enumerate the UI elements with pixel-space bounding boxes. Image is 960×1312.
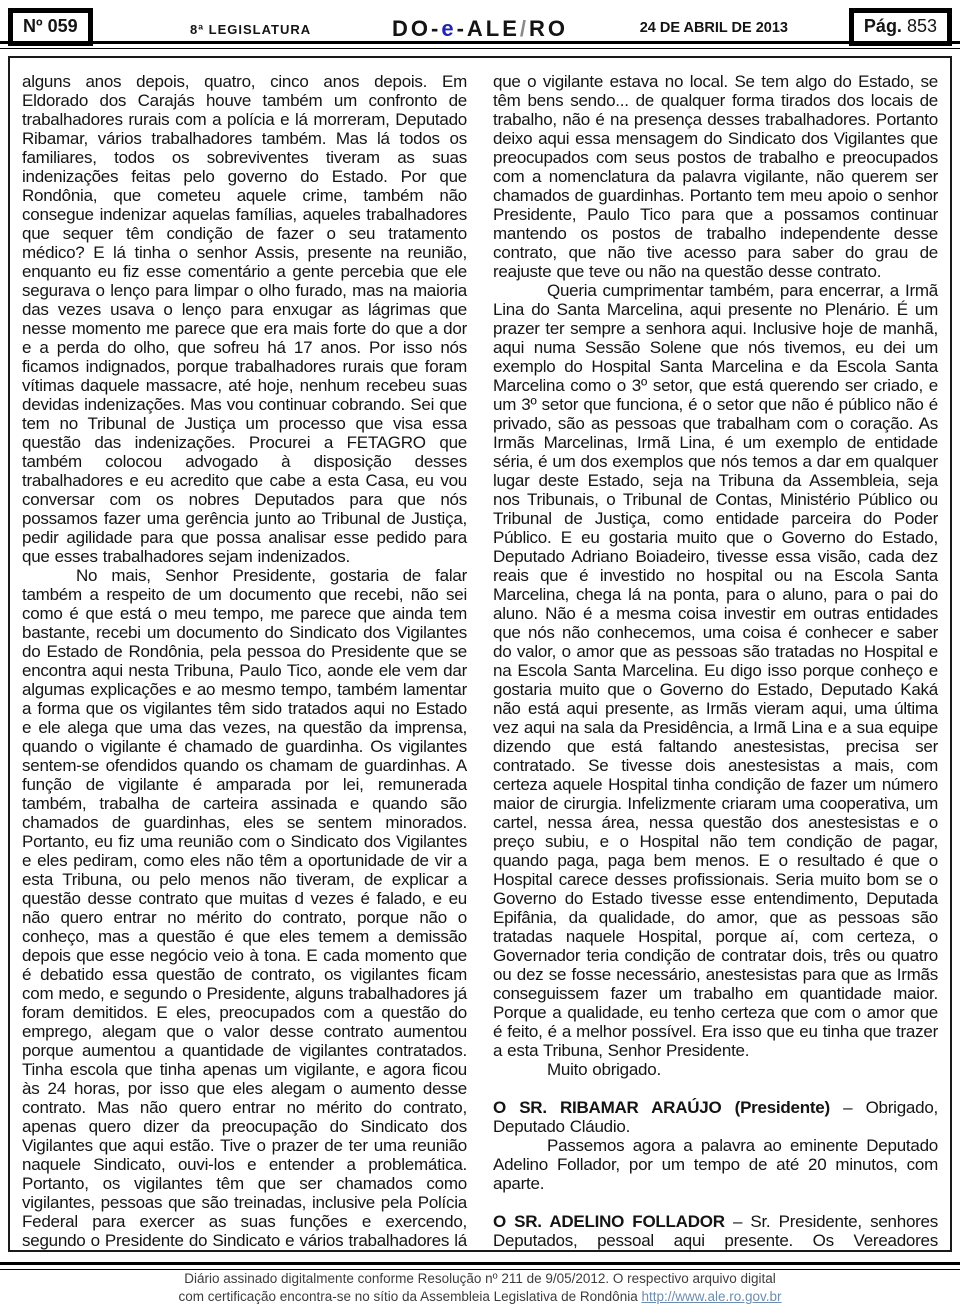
speaker-paragraph: O SR. RIBAMAR ARAÚJO (Presidente) – Obri… — [493, 1098, 938, 1136]
footer-line2-text: com certificação encontra-se no sítio da… — [178, 1289, 641, 1304]
issue-number: Nº 059 — [23, 16, 78, 36]
masthead-part2: -ALE — [457, 16, 520, 41]
footer-line1: Diário assinado digitalmente conforme Re… — [0, 1270, 960, 1288]
page-number: 853 — [907, 16, 937, 36]
masthead-part3: RO — [529, 16, 568, 41]
speaker-name: O SR. RIBAMAR ARAÚJO (Presidente) — [493, 1098, 830, 1117]
header-rule-thin — [0, 48, 960, 49]
masthead-slash: / — [520, 16, 529, 41]
paragraph: alguns anos depois, quatro, cinco anos d… — [22, 72, 467, 566]
masthead-title: DO-e-ALE/RO — [392, 16, 568, 42]
page-footer: Diário assinado digitalmente conforme Re… — [0, 1270, 960, 1306]
legislature-label: 8ª LEGISLATURA — [190, 22, 311, 37]
footer-rule-thick — [0, 1262, 960, 1265]
paragraph: Queria cumprimentar também, para encerra… — [493, 281, 938, 1060]
masthead-part1: DO- — [392, 16, 441, 41]
edition-date: 24 DE ABRIL DE 2013 — [640, 20, 788, 36]
paragraph: que o vigilante estava no local. Se tem … — [493, 72, 938, 281]
page-label: Pág. — [864, 16, 902, 36]
footer-line2: com certificação encontra-se no sítio da… — [0, 1288, 960, 1306]
left-column: alguns anos depois, quatro, cinco anos d… — [22, 72, 467, 1240]
speaker-paragraph: O SR. ADELINO FOLLADOR – Sr. Presidente,… — [493, 1212, 938, 1252]
document-body: alguns anos depois, quatro, cinco anos d… — [8, 56, 952, 1252]
right-column: que o vigilante estava no local. Se tem … — [493, 72, 938, 1240]
paragraph: Passemos agora a palavra ao eminente Dep… — [493, 1136, 938, 1193]
header-rule-thick — [0, 41, 960, 44]
paragraph: No mais, Senhor Presidente, gostaria de … — [22, 566, 467, 1252]
masthead-e-accent: e — [441, 16, 456, 41]
paragraph: Muito obrigado. — [493, 1060, 938, 1079]
assembly-website-link[interactable]: http://www.ale.ro.gov.br — [641, 1289, 781, 1304]
speaker-name: O SR. ADELINO FOLLADOR — [493, 1212, 725, 1231]
